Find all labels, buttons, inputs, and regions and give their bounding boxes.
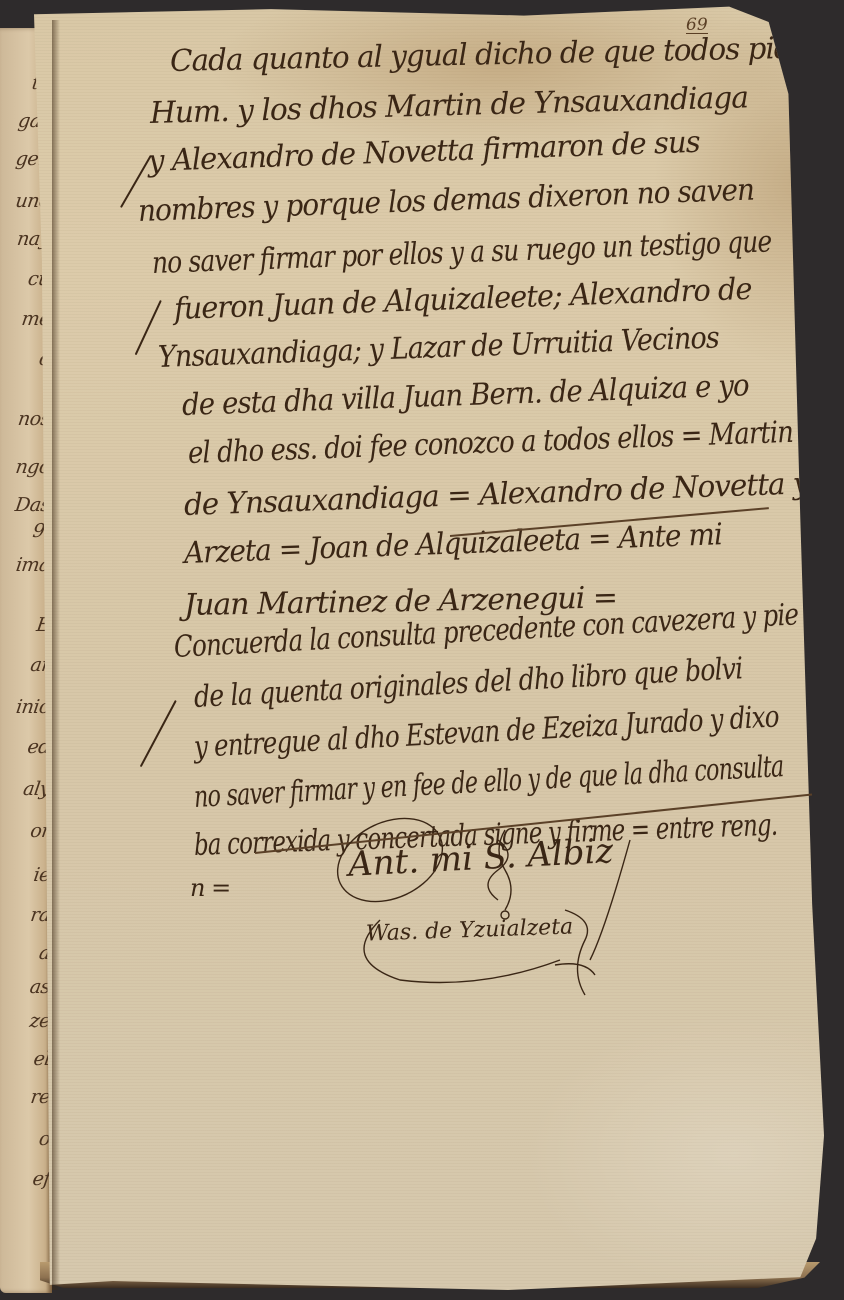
left-page-fragment: ie (0, 864, 52, 886)
rubric-flourish-icon (320, 810, 650, 1000)
left-page-fragment: ef (0, 1168, 52, 1190)
left-page-fragment: re (0, 1086, 52, 1108)
text-line: fueron Juan de Alquizaleete; Alexandro d… (173, 272, 752, 327)
left-page-fragment: 9. (0, 520, 52, 542)
text-line: de Ynsauxandiaga = Alexandro de Novetta … (183, 466, 809, 523)
text-line: n = (190, 874, 230, 902)
left-page-fragment: ze (0, 1010, 52, 1032)
left-page-fragment: el (0, 1048, 52, 1070)
left-page-fragment: inio (0, 696, 52, 718)
text-line: el dho ess. doi fee conozco a todos ello… (187, 415, 793, 471)
text-line: Ynsauxandiaga; y Lazar de Urruitia Vecin… (157, 320, 719, 375)
text-line: Hum. y los dhos Martin de Ynsauxandiaga (150, 80, 749, 131)
text-line: y Alexandro de Novetta firmaron de sus (147, 125, 700, 179)
left-page-fragment: ed (0, 736, 52, 758)
text-line: Cada quanto al ygual dicho de que todos … (170, 29, 844, 79)
left-page-fragment: o (0, 1128, 52, 1150)
text-line: nombres y porque los demas dixeron no sa… (137, 173, 754, 229)
text-line: no saver firmar por ellos y a su ruego u… (151, 224, 772, 281)
left-page-fragment: ar (0, 654, 52, 676)
text-line: de esta dha villa Juan Bern. de Alquiza … (181, 368, 749, 423)
left-page-fragment: or (0, 820, 52, 842)
left-page-fragment: E (0, 614, 52, 636)
gutter-shadow (52, 20, 60, 1290)
left-page-fragment: as (0, 976, 52, 998)
left-page-fragment: ra (0, 904, 52, 926)
left-page-fragment: aly (0, 778, 52, 800)
manuscript-page: 69 Cada quanto al ygual dicho de que tod… (34, 4, 824, 1290)
folio-number: 69 (686, 17, 708, 34)
text-line: Arzeta = Joan de Alquizaleeta = Ante mi (183, 517, 722, 571)
left-page-fragment: ima (0, 554, 52, 576)
left-page-fragment: a (0, 942, 52, 964)
